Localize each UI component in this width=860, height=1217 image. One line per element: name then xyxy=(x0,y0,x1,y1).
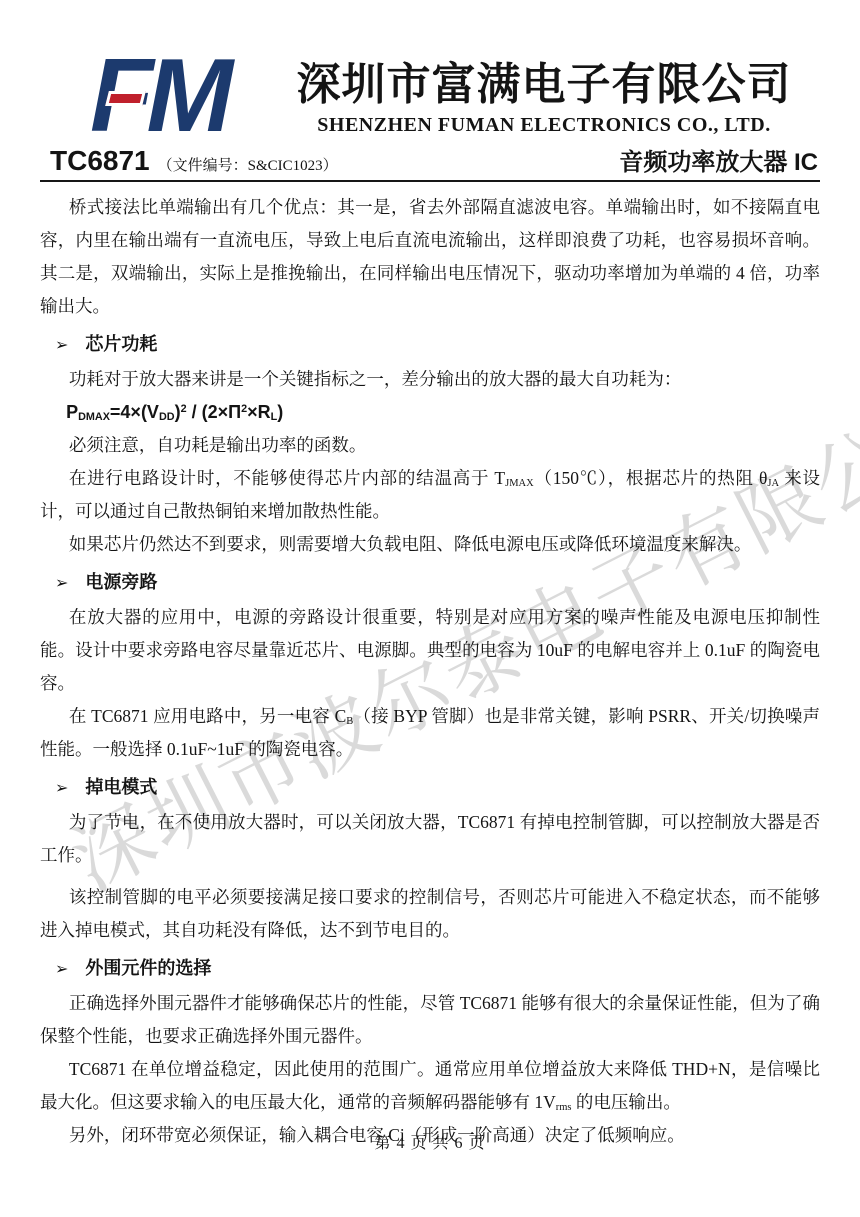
company-name-en: SHENZHEN FUMAN ELECTRONICS CO., LTD. xyxy=(268,112,820,138)
section-title-text: 外围元件的选择 xyxy=(85,952,211,985)
section-heading-external-components: ➢ 外围元件的选择 xyxy=(55,952,820,985)
paragraph: 如果芯片仍然达不到要求，则需要增大负载电阻、降低电源电压或降低环境温度来解决。 xyxy=(40,528,820,561)
fm-logo-icon: FM xyxy=(90,56,268,140)
document-body: 桥式接法比单端输出有几个优点：其一是，省去外部隔直滤波电容。单端输出时，如不接隔… xyxy=(0,182,860,1152)
paragraph: 该控制管脚的电平必须要接满足接口要求的控制信号，否则芯片可能进入不稳定状态，而不… xyxy=(40,881,820,947)
section-heading-supply-bypass: ➢ 电源旁路 xyxy=(55,566,820,599)
section-title-text: 掉电模式 xyxy=(85,771,157,804)
arrow-bullet-icon: ➢ xyxy=(55,566,68,599)
section-heading-chip-power: ➢ 芯片功耗 xyxy=(55,328,820,361)
paragraph: 正确选择外围元器件才能够确保芯片的性能，尽管 TC6871 能够有很大的余量保证… xyxy=(40,987,820,1053)
doc-title: 音频功率放大器 IC xyxy=(619,142,818,177)
arrow-bullet-icon: ➢ xyxy=(55,952,68,985)
paragraph: 在放大器的应用中，电源的旁路设计很重要，特别是对应用方案的噪声性能及电源电压抑制… xyxy=(40,601,820,700)
arrow-bullet-icon: ➢ xyxy=(55,328,68,361)
power-dissipation-formula: PDMAX=4×(VDD)2 / (2×Π2×RL) xyxy=(40,396,820,429)
page-footer: 第 4 页 共 6 页 xyxy=(0,1130,860,1153)
doc-code: （文件编号：S&CIC1023） xyxy=(158,154,338,175)
paragraph: 在进行电路设计时，不能够使得芯片内部的结温高于 TJMAX（150℃），根据芯片… xyxy=(40,462,820,528)
company-name-cn: 深圳市富满电子有限公司 xyxy=(268,58,820,112)
arrow-bullet-icon: ➢ xyxy=(55,771,68,804)
paragraph: 为了节电，在不使用放大器时，可以关闭放大器，TC6871 有掉电控制管脚，可以控… xyxy=(40,806,820,872)
datasheet-page: 深圳市波尔泰电子有限公司 FM 深圳市富满电子有限公司 SHENZHEN FUM… xyxy=(0,0,860,1217)
page-header: FM 深圳市富满电子有限公司 SHENZHEN FUMAN ELECTRONIC… xyxy=(0,0,860,182)
company-name-block: 深圳市富满电子有限公司 SHENZHEN FUMAN ELECTRONICS C… xyxy=(268,56,820,138)
header-top-row: FM 深圳市富满电子有限公司 SHENZHEN FUMAN ELECTRONIC… xyxy=(0,0,860,140)
paragraph: 必须注意，自功耗是输出功率的函数。 xyxy=(40,429,820,462)
paragraph: 功耗对于放大器来讲是一个关键指标之一，差分输出的放大器的最大自功耗为： xyxy=(40,363,820,396)
intro-paragraph: 桥式接法比单端输出有几个优点：其一是，省去外部隔直滤波电容。单端输出时，如不接隔… xyxy=(40,191,820,323)
fm-logo-red-bar xyxy=(105,91,146,106)
paragraph: TC6871 在单位增益稳定，因此使用的范围广。通常应用单位增益放大来降低 TH… xyxy=(40,1053,820,1119)
section-title-text: 芯片功耗 xyxy=(85,328,157,361)
paragraph: 在 TC6871 应用电路中，另一电容 CB（接 BYP 管脚）也是非常关键，影… xyxy=(40,700,820,766)
section-title-text: 电源旁路 xyxy=(85,566,157,599)
section-heading-shutdown-mode: ➢ 掉电模式 xyxy=(55,771,820,804)
